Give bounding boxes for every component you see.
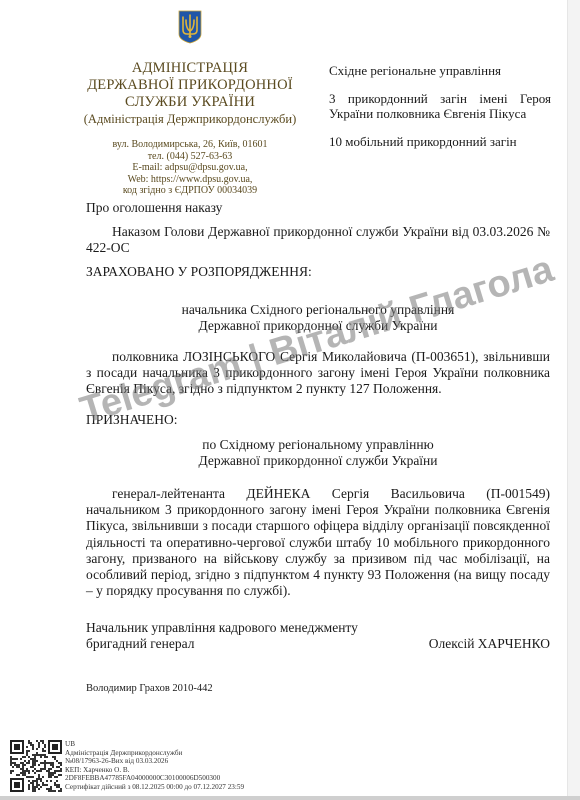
stamp-line: КЕП: Харченко О. В. (65, 766, 244, 775)
appointed-person-text: генерал-лейтенанта ДЕЙНЕКА Сергія Василь… (86, 486, 550, 599)
phone: тел. (044) 527-63-63 (60, 151, 320, 163)
org-contacts: вул. Володимирська, 26, Київ, 01601 тел.… (60, 139, 320, 197)
enrolled-person-text: полковника ЛОЗІНСЬКОГО Сергія Миколайови… (86, 349, 550, 398)
document-subject: Про оголошення наказу (86, 200, 222, 216)
stamp-line: UB (65, 740, 244, 749)
document-page: АДМІНІСТРАЦІЯ ДЕРЖАВНОЇ ПРИКОРДОННОЇ СЛУ… (0, 0, 568, 796)
stamp-line: 2DF8FEBBA47785FA04000000C30100006D500300 (65, 774, 244, 783)
stamp-line: №08/17963-26-Вих від 03.03.2026 (65, 757, 244, 766)
executor: Володимир Грахов 2010-442 (86, 683, 213, 694)
email: E-mail: adpsu@dpsu.gov.ua, (60, 162, 320, 174)
enrolled-unit: начальника Східного регіонального управл… (86, 302, 550, 334)
stamp-line: Адміністрація Держприкордонслужби (65, 749, 244, 758)
appointed-heading: ПРИЗНАЧЕНО: (86, 412, 550, 428)
addressee: 3 прикордонний загін імені Героя України… (329, 91, 551, 121)
enrolled-person: полковника ЛОЗІНСЬКОГО Сергія Миколайови… (86, 349, 550, 398)
viewer-margin (567, 0, 580, 800)
appointed-unit-line: по Східному регіональному управлінню (86, 437, 550, 453)
org-short-name: (Адміністрація Держприкордонслужби) (60, 111, 320, 127)
ukraine-coat-of-arms-icon (178, 10, 202, 44)
appointed-unit-line: Державної прикордонної служби України (86, 453, 550, 469)
signatory-title: Начальник управління кадрового менеджмен… (86, 620, 550, 636)
enrolled-heading: ЗАРАХОВАНО У РОЗПОРЯДЖЕННЯ: (86, 264, 550, 280)
qr-code-icon (10, 740, 62, 792)
e-signature-stamp: UB Адміністрація Держприкордонслужби №08… (10, 740, 270, 794)
addressee: Східне регіональне управління (329, 63, 551, 78)
order-intro: Наказом Голови Державної прикордонної сл… (86, 224, 550, 256)
appointed-person: генерал-лейтенанта ДЕЙНЕКА Сергія Василь… (86, 486, 550, 599)
addressee: 10 мобільний прикордонний загін (329, 134, 551, 149)
website: Web: https://www.dpsu.gov.ua, (60, 174, 320, 186)
address: вул. Володимирська, 26, Київ, 01601 (60, 139, 320, 151)
e-signature-details: UB Адміністрація Держприкордонслужби №08… (65, 740, 244, 791)
org-name-line: СЛУЖБИ УКРАЇНИ (60, 94, 320, 111)
edrpou-code: код згідно з ЄДРПОУ 00034039 (60, 185, 320, 197)
order-intro-text: Наказом Голови Державної прикордонної сл… (86, 224, 550, 256)
addressees: Східне регіональне управління 3 прикордо… (329, 63, 551, 162)
appointed-section-heading: ПРИЗНАЧЕНО: (86, 412, 550, 428)
signature-block: Начальник управління кадрового менеджмен… (86, 620, 550, 652)
org-name-line: АДМІНІСТРАЦІЯ (60, 60, 320, 77)
appointed-unit: по Східному регіональному управлінню Дер… (86, 437, 550, 469)
enrolled-unit-line: Державної прикордонної служби України (86, 318, 550, 334)
enrolled-section-heading: ЗАРАХОВАНО У РОЗПОРЯДЖЕННЯ: (86, 264, 550, 280)
enrolled-unit-line: начальника Східного регіонального управл… (86, 302, 550, 318)
letterhead: АДМІНІСТРАЦІЯ ДЕРЖАВНОЇ ПРИКОРДОННОЇ СЛУ… (60, 60, 320, 197)
signatory-name: Олексій ХАРЧЕНКО (429, 636, 550, 652)
org-name-line: ДЕРЖАВНОЇ ПРИКОРДОННОЇ (60, 77, 320, 94)
viewer-bottom-edge (0, 796, 580, 800)
stamp-line: Сертифікат дійсний з 08.12.2025 00:00 до… (65, 783, 244, 792)
